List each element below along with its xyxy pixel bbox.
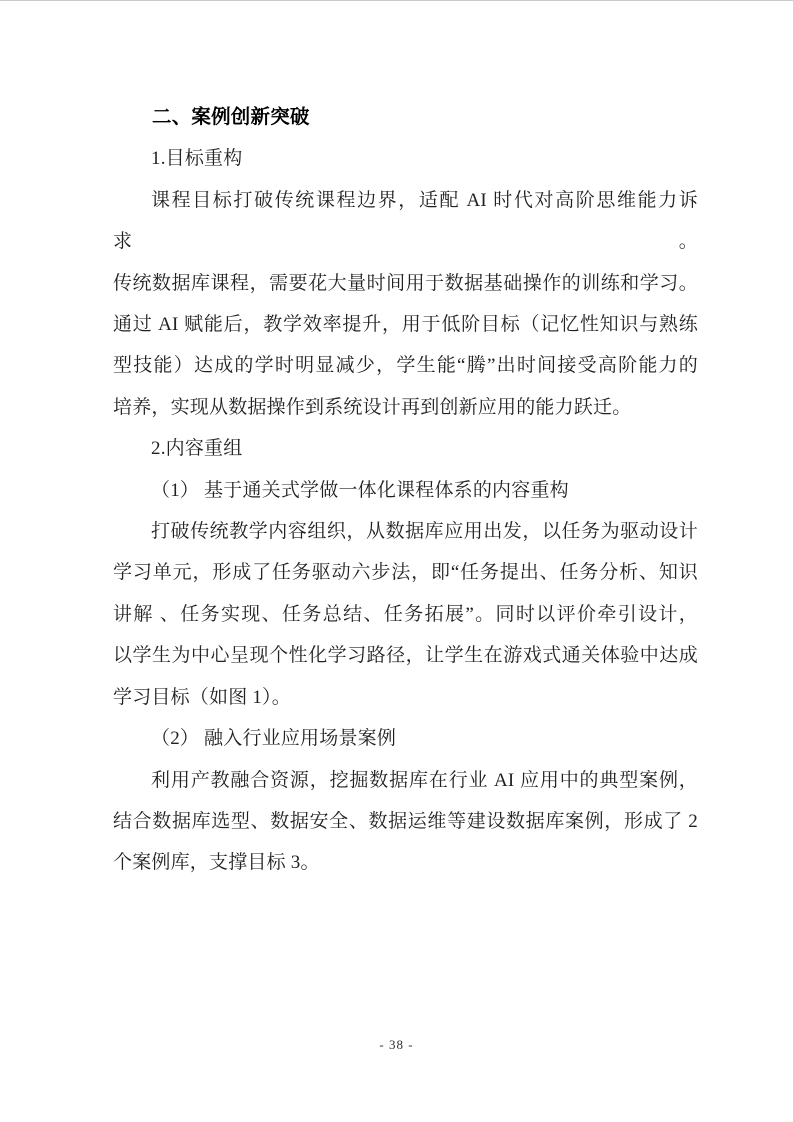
paragraph-line: 学习目标（如图 1）。 bbox=[113, 677, 698, 718]
paragraph-line: 传统数据库课程，需要花大量时间用于数据基础操作的训练和学习。 bbox=[113, 263, 698, 304]
document-page: 二、案例创新突破 1.目标重构 课程目标打破传统课程边界，适配 AI 时代对高阶… bbox=[0, 0, 793, 1122]
paragraph-line: 利用产教融合资源，挖掘数据库在行业 AI 应用中的典型案例， bbox=[113, 760, 698, 801]
subsection-title-content-reorg: 2.内容重组 bbox=[113, 428, 698, 469]
section-heading: 二、案例创新突破 bbox=[113, 97, 698, 138]
paragraph-line: 个案例库，支撑目标 3。 bbox=[113, 842, 698, 883]
paragraph-line: 学习单元，形成了任务驱动六步法，即“任务提出、任务分析、知识 bbox=[113, 552, 698, 593]
subitem-title-integrated-course: （1） 基于通关式学做一体化课程体系的内容重构 bbox=[113, 470, 698, 511]
paragraph-line: 型技能）达成的学时明显减少，学生能“腾”出时间接受高阶能力的 bbox=[113, 345, 698, 386]
subitem-title-industry-cases: （2） 融入行业应用场景案例 bbox=[113, 718, 698, 759]
paragraph-line: 结合数据库选型、数据安全、数据运维等建设数据库案例，形成了 2 bbox=[113, 801, 698, 842]
paragraph-line: 课程目标打破传统课程边界，适配 AI 时代对高阶思维能力诉求。 bbox=[113, 180, 698, 263]
page-body: 二、案例创新突破 1.目标重构 课程目标打破传统课程边界，适配 AI 时代对高阶… bbox=[113, 97, 698, 884]
paragraph-line: 通过 AI 赋能后，教学效率提升，用于低阶目标（记忆性知识与熟练 bbox=[113, 304, 698, 345]
paragraph-line: 以学生为中心呈现个性化学习路径，让学生在游戏式通关体验中达成 bbox=[113, 635, 698, 676]
paragraph-line: 讲解 、任务实现、任务总结、任务拓展”。同时以评价牵引设计， bbox=[113, 594, 698, 635]
paragraph-line: 打破传统教学内容组织，从数据库应用出发，以任务为驱动设计 bbox=[113, 511, 698, 552]
subsection-title-goal-restructure: 1.目标重构 bbox=[113, 138, 698, 179]
paragraph-line: 培养，实现从数据操作到系统设计再到创新应用的能力跃迁。 bbox=[113, 387, 698, 428]
page-number: - 38 - bbox=[0, 1037, 793, 1053]
